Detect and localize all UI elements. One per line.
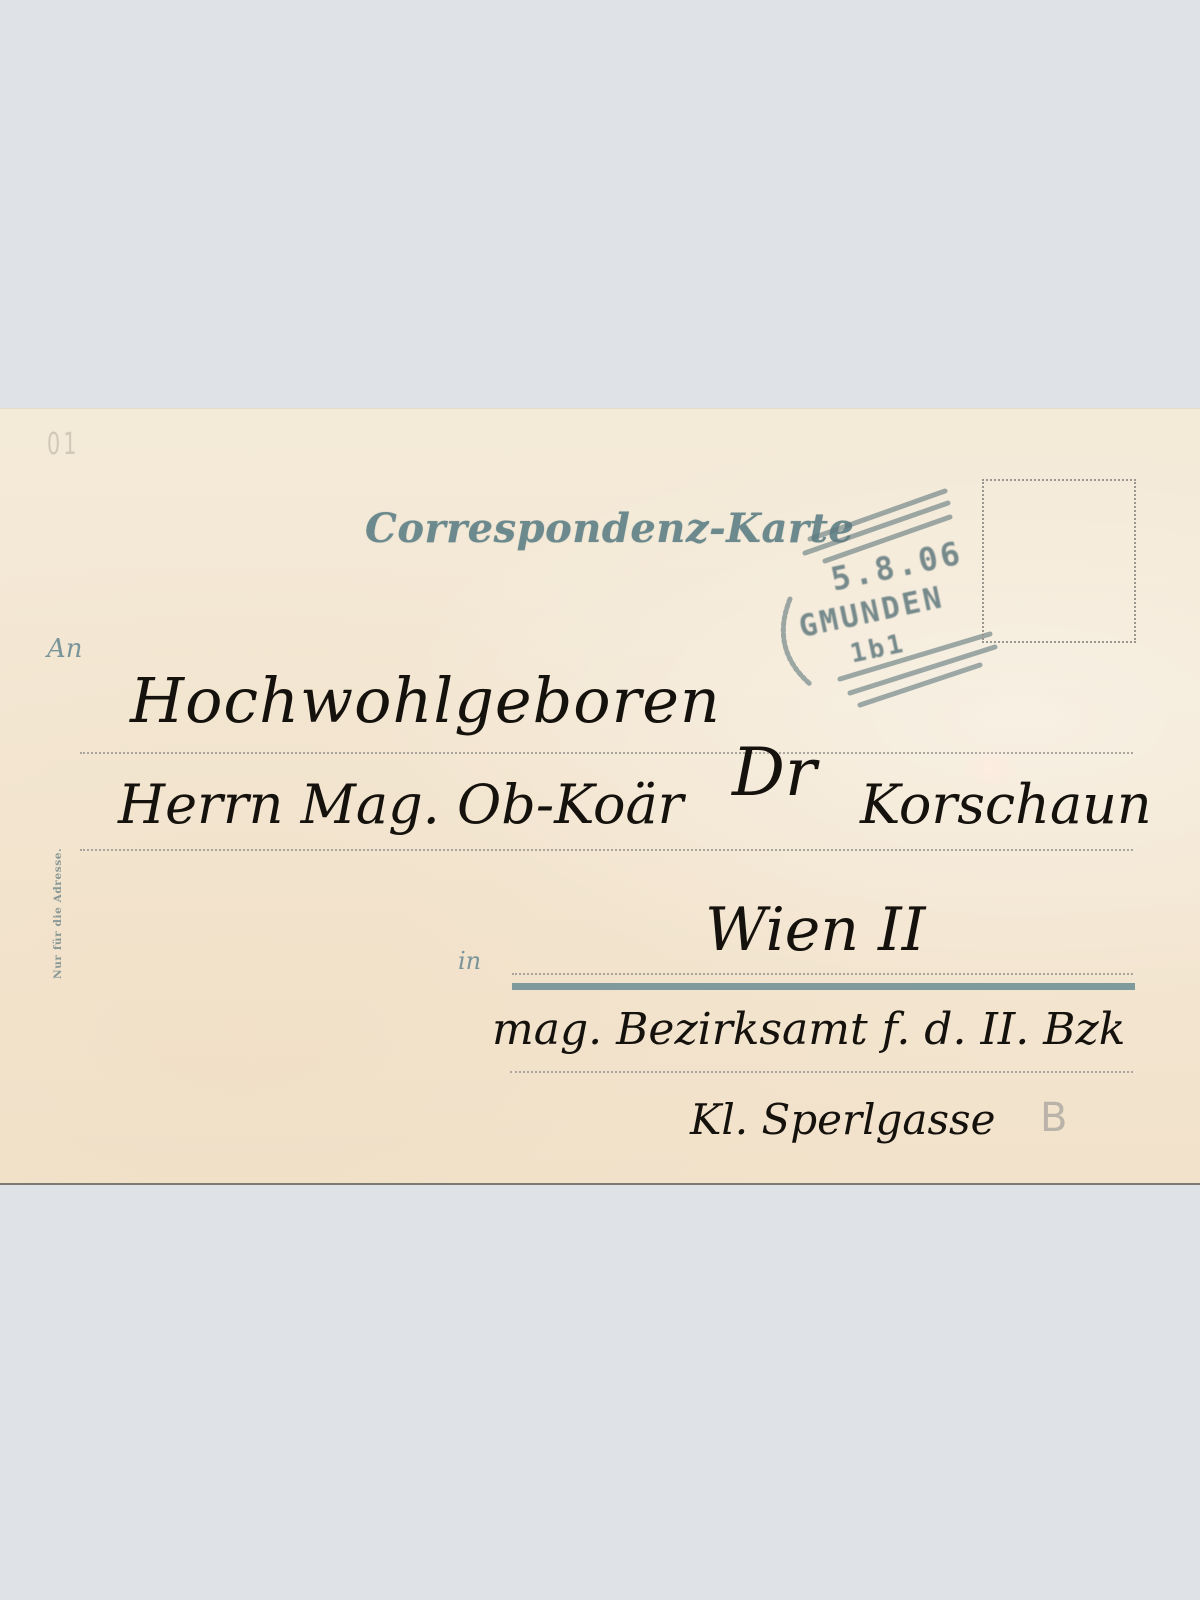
pencil-note: B xyxy=(1040,1095,1067,1141)
label-in: in xyxy=(458,947,481,975)
city-underline xyxy=(512,983,1135,990)
handwritten-district: mag. Bezirksamt f. d. II. Bzk xyxy=(492,1004,1125,1055)
handwritten-salutation: Hochwohlgeboren xyxy=(130,664,721,737)
handwritten-street: Kl. Sperlgasse xyxy=(690,1095,995,1144)
address-line-2 xyxy=(80,849,1133,851)
side-note: Nur für die Adresse. xyxy=(52,848,64,979)
handwritten-name: Korschaun xyxy=(860,773,1152,836)
label-to: An xyxy=(47,634,83,664)
corner-mark: 01 xyxy=(47,427,79,462)
handwritten-title: Dr xyxy=(732,734,816,811)
handwritten-recipient: Herrn Mag. Ob-Koär xyxy=(118,773,684,836)
postcard: 01 Correspondenz-Karte 5.8.06 GMUNDEN 1b… xyxy=(0,408,1200,1183)
handwritten-city: Wien II xyxy=(705,895,925,965)
address-line-3 xyxy=(510,1071,1133,1073)
city-line xyxy=(512,973,1133,975)
stamp-box xyxy=(982,479,1136,643)
